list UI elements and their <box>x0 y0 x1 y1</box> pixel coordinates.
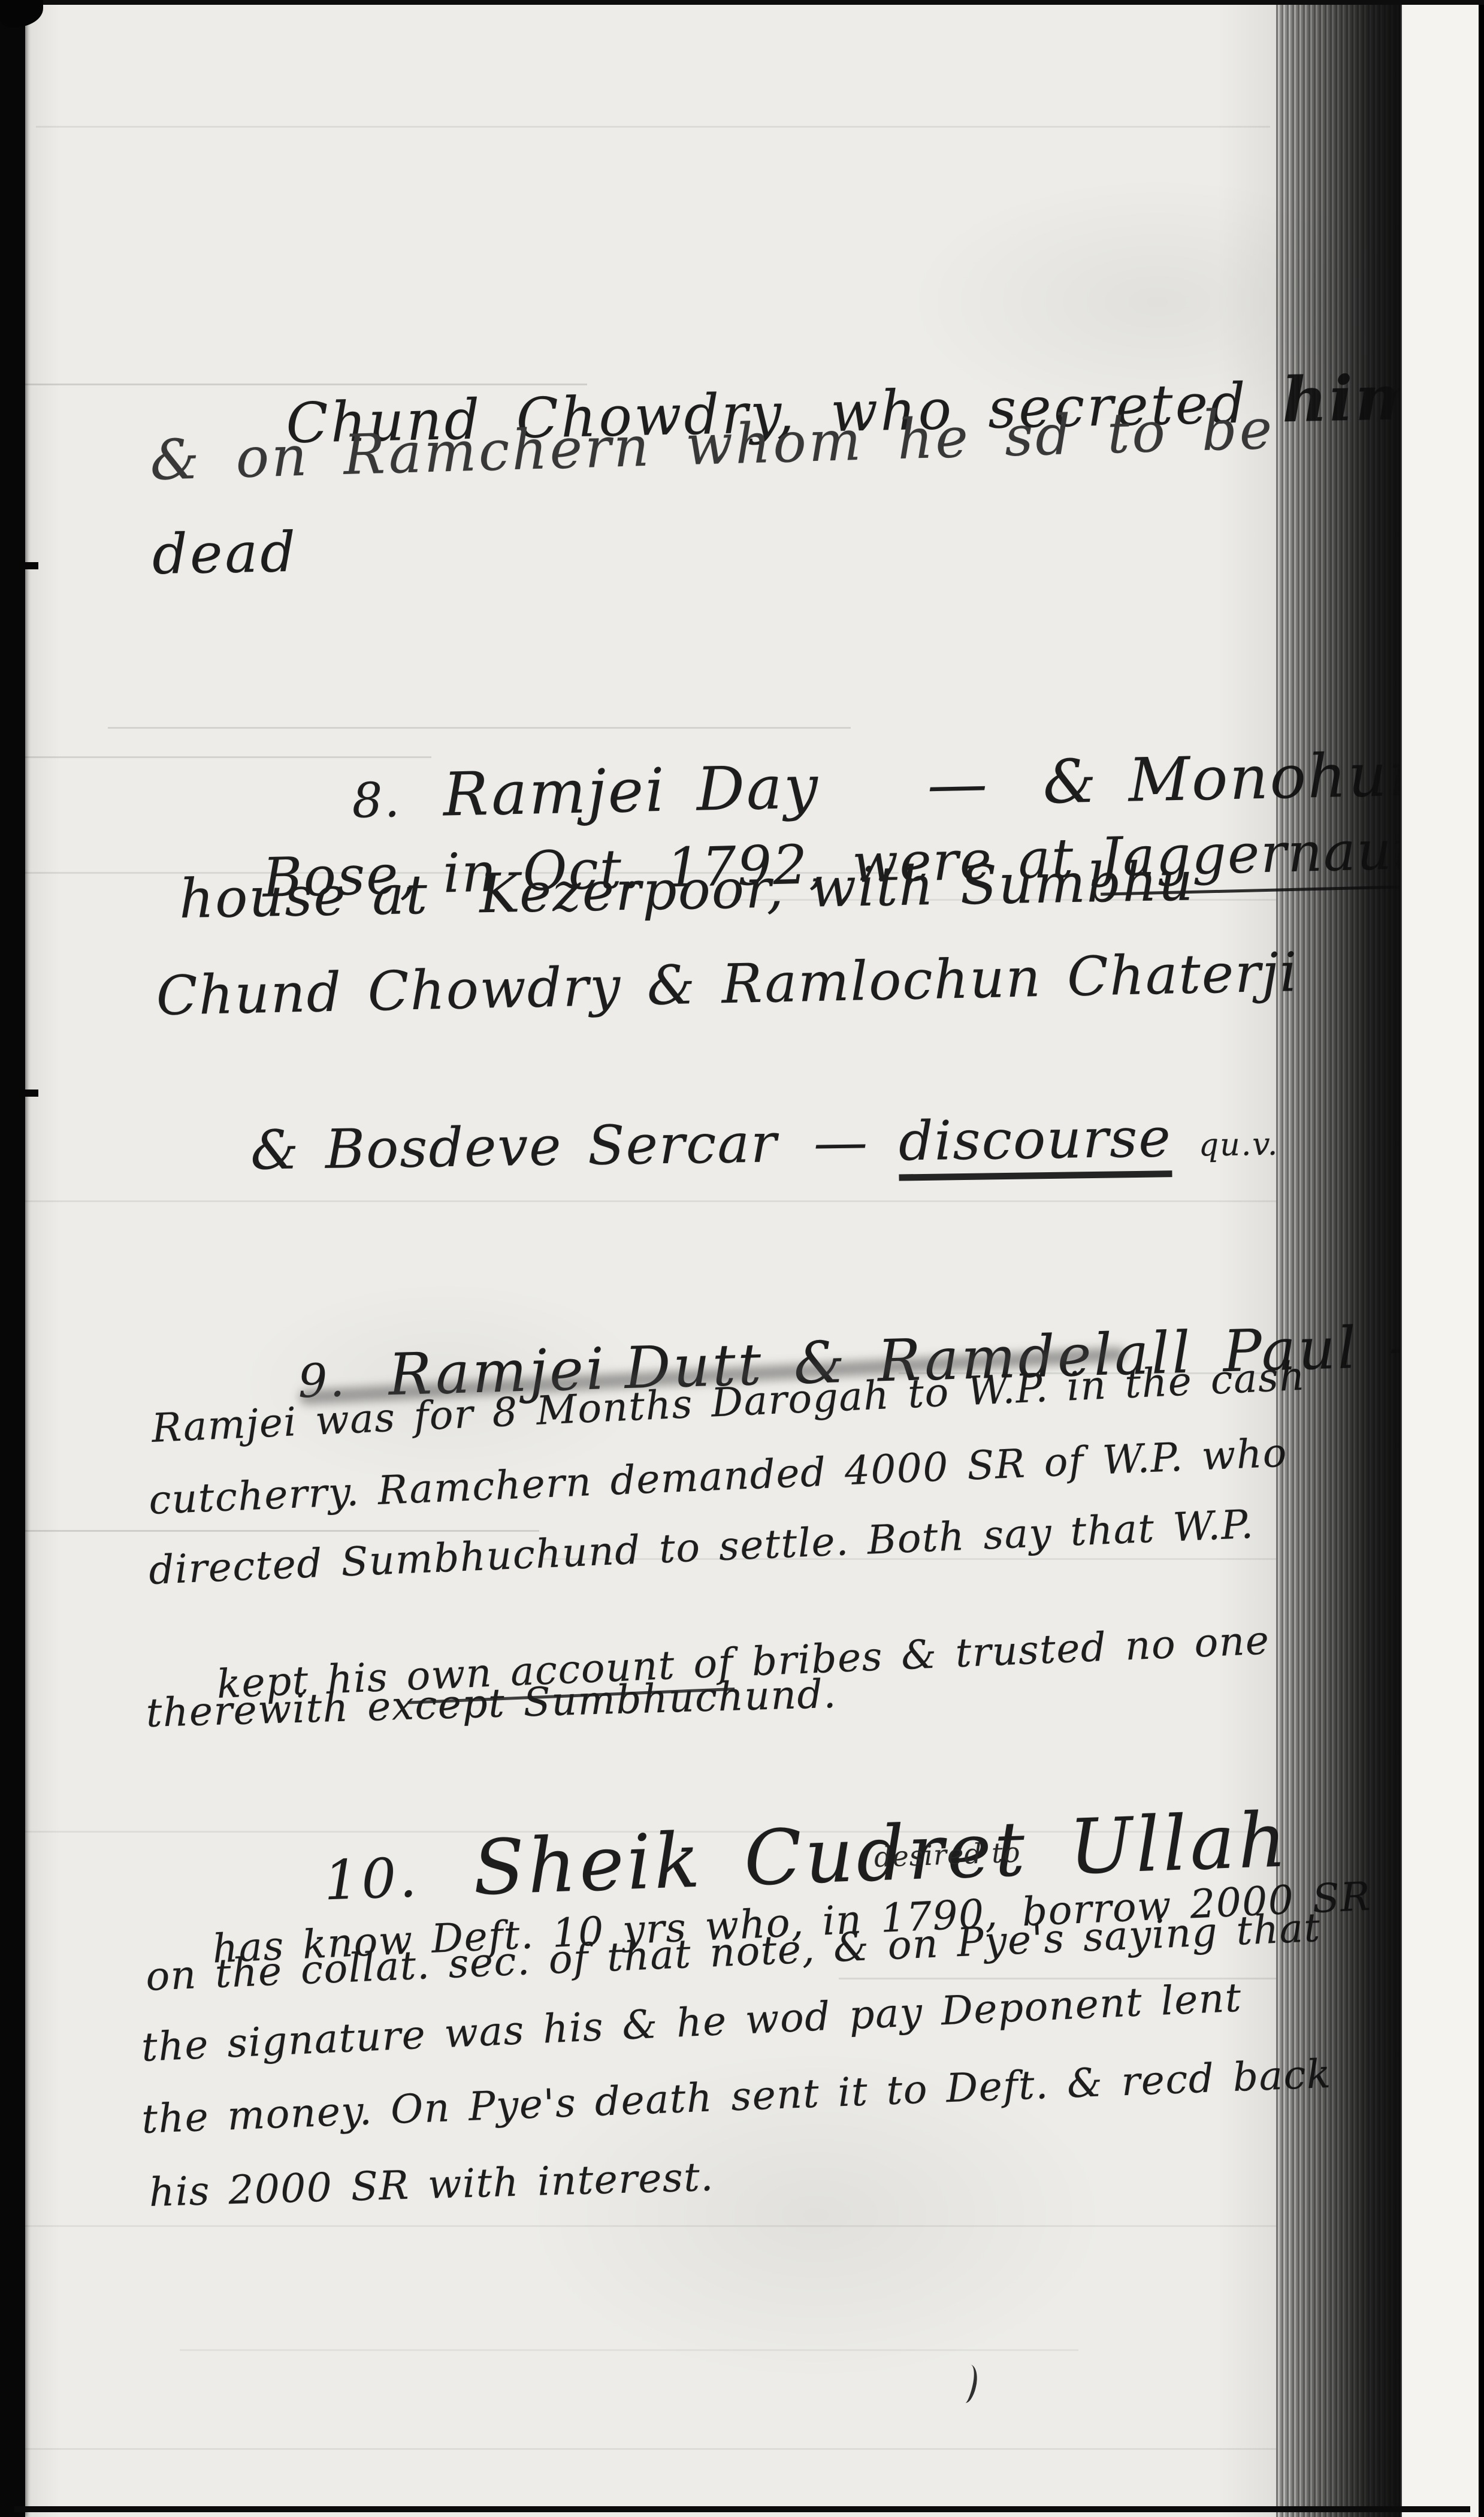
corner-shadow <box>0 0 43 28</box>
entry8-line5-text: & Bosdeve Sercar <box>250 1112 778 1182</box>
intro-line-3: dead <box>152 520 298 587</box>
entry8-quv-note: qu.v. <box>1198 1127 1279 1164</box>
entry10-line-5: the money. On Pye's death sent it to Def… <box>141 2051 1332 2142</box>
entry8-line5-dash: — <box>813 1110 869 1174</box>
page-fore-edge <box>1276 0 1401 2517</box>
image-top-border <box>0 0 1484 5</box>
scanner-margin <box>1401 0 1480 2517</box>
margin-tick-mark <box>20 1090 38 1097</box>
manuscript-page: Chund Chowdry, who secreted himself & on… <box>0 0 1484 2517</box>
entry10-line-6: his 2000 SR with interest. <box>149 2154 715 2216</box>
scan-streak <box>36 126 1270 128</box>
image-right-border <box>1479 0 1484 2517</box>
entry8-line-5: & Bosdeve Sercar—discoursequ.v. <box>147 1042 1280 1247</box>
scan-streak <box>0 1530 539 1532</box>
image-bottom-border <box>14 2506 1470 2512</box>
entry8-underlined-discourse: discourse <box>898 1106 1172 1181</box>
scan-streak <box>0 2225 1276 2227</box>
margin-tick-mark <box>20 562 38 569</box>
binding-edge <box>0 0 25 2517</box>
scan-streak <box>0 2448 1276 2450</box>
stray-ink-mark <box>953 2362 981 2404</box>
scan-streak <box>180 2349 1078 2351</box>
